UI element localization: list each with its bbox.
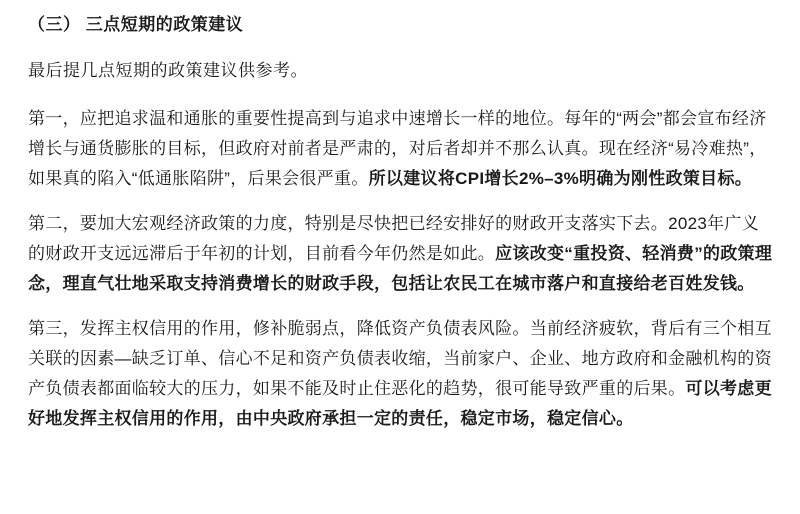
- paragraph-second-recommendation: 第二，要加大宏观经济政策的力度，特别是尽快把已经安排好的财政开支落实下去。202…: [28, 209, 775, 299]
- bold-text-run: 所以建议将CPI增长2%–3%明确为刚性政策目标。: [369, 169, 752, 188]
- intro-paragraph: 最后提几点短期的政策建议供参考。: [28, 59, 775, 83]
- paragraphs-container: 第一，应把追求温和通胀的重要性提高到与追求中速增长一样的地位。每年的“两会”都会…: [28, 104, 775, 434]
- section-heading: （三） 三点短期的政策建议: [28, 13, 775, 37]
- paragraph-third-recommendation: 第三，发挥主权信用的作用，修补脆弱点，降低资产负债表风险。当前经济疲软，背后有三…: [28, 314, 775, 434]
- paragraph-first-recommendation: 第一，应把追求温和通胀的重要性提高到与追求中速增长一样的地位。每年的“两会”都会…: [28, 104, 775, 194]
- document-page: （三） 三点短期的政策建议 最后提几点短期的政策建议供参考。 第一，应把追求温和…: [0, 0, 800, 514]
- text-run: 第三，发挥主权信用的作用，修补脆弱点，降低资产负债表风险。当前经济疲软，背后有三…: [28, 319, 772, 398]
